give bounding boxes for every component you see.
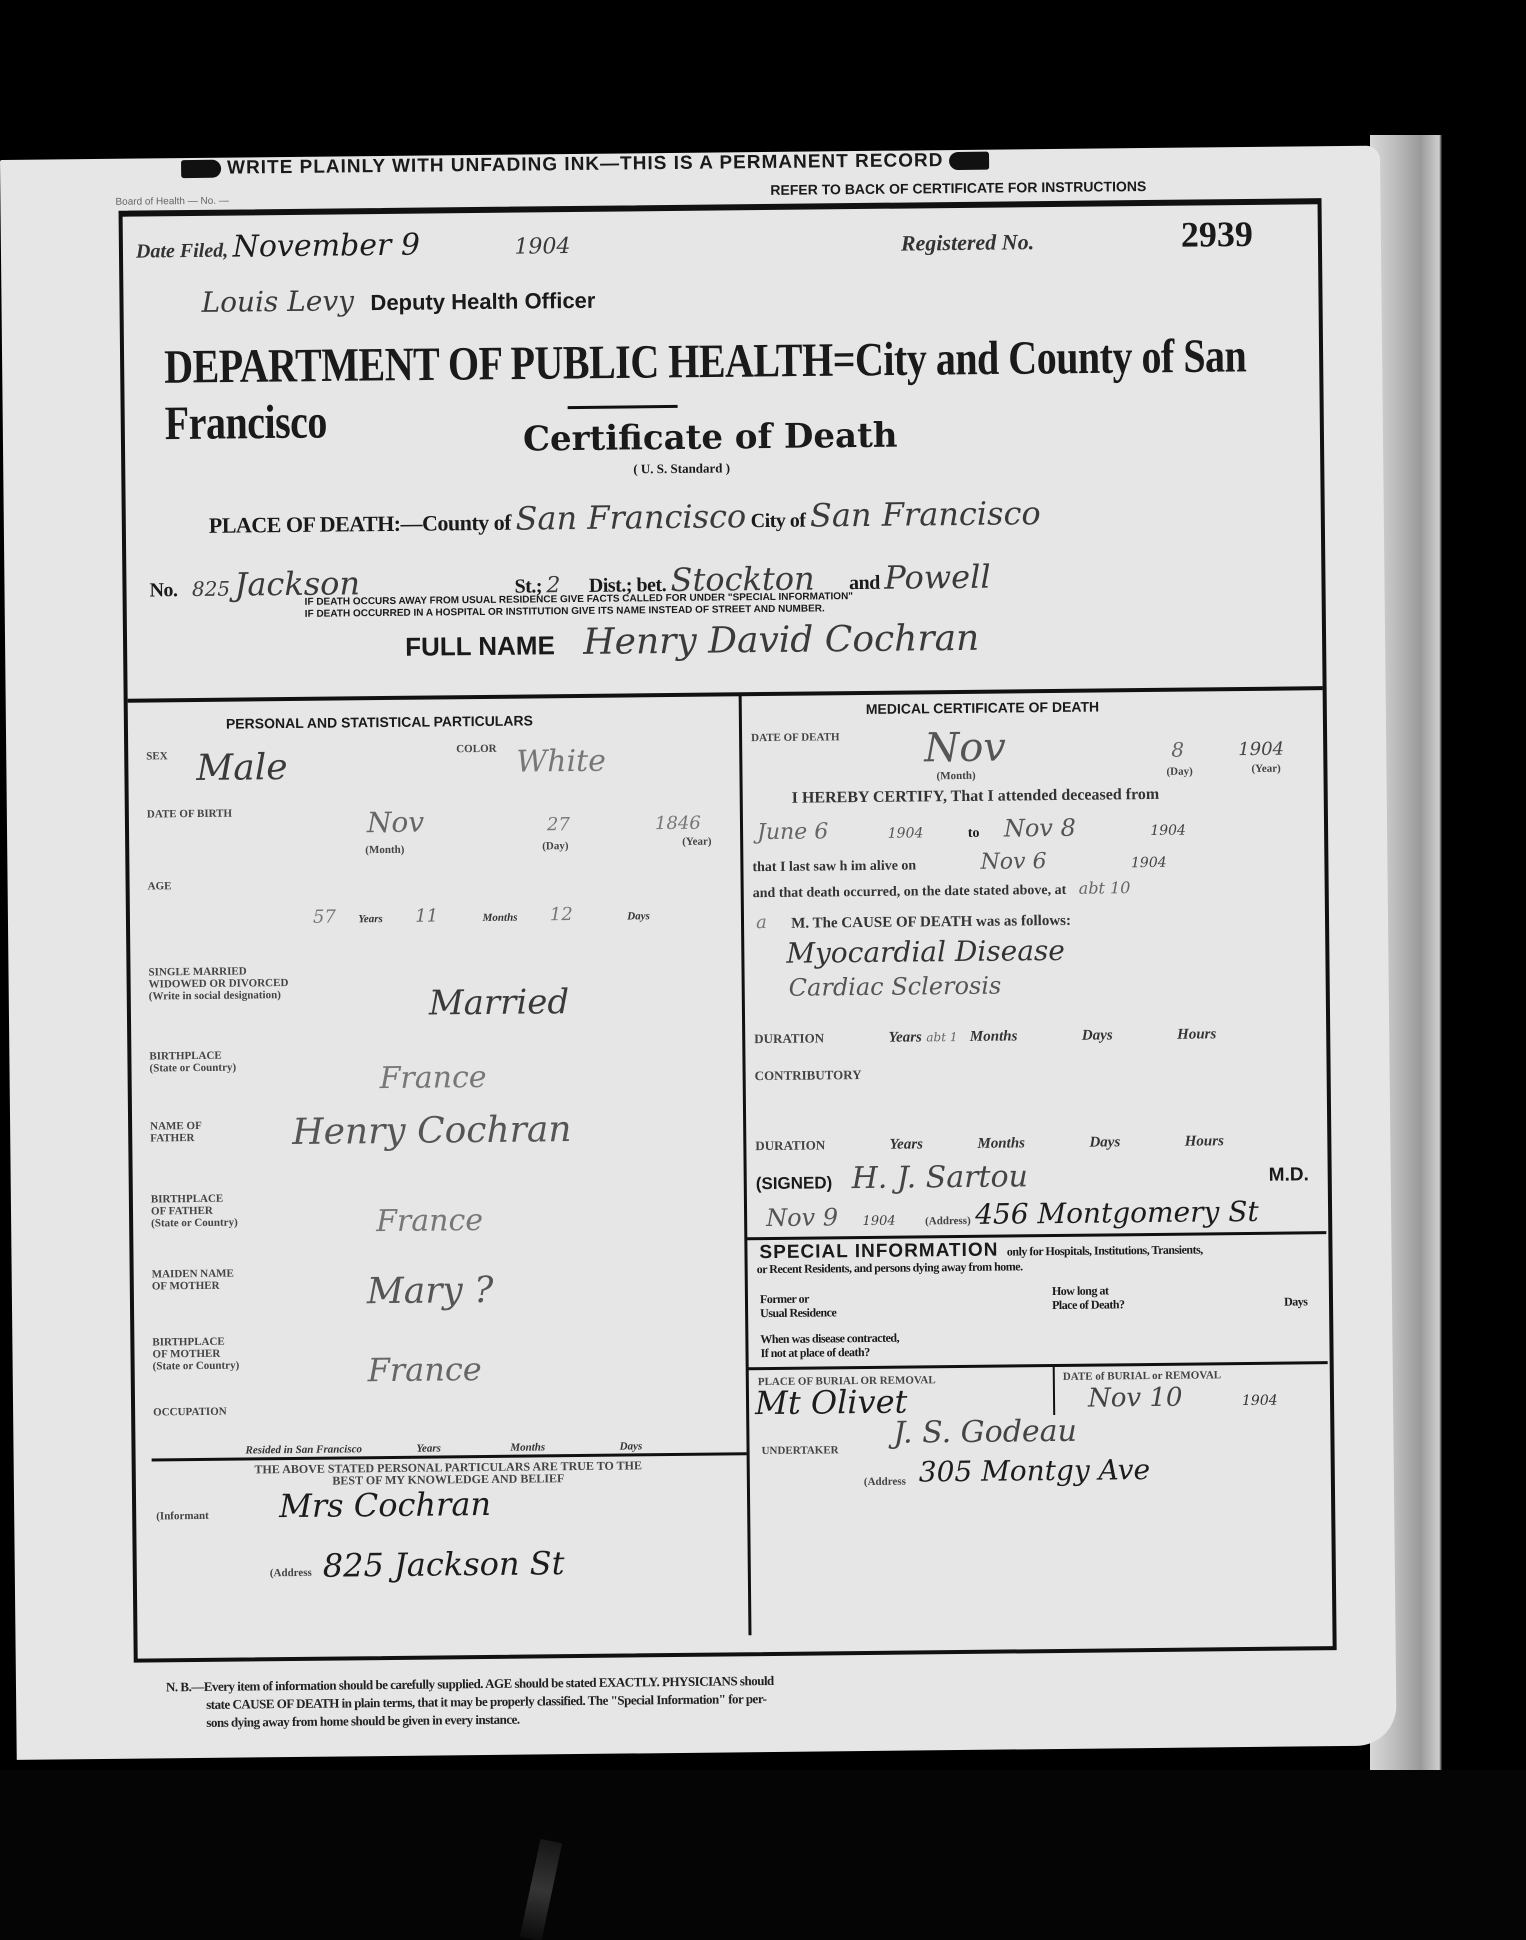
duration-years: abt 1 xyxy=(926,1030,957,1044)
pointing-hand-icon xyxy=(949,152,989,170)
death-time: abt 10 xyxy=(1079,878,1131,898)
pointing-hand-icon xyxy=(181,160,221,178)
certify-text: I HEREBY CERTIFY, That I attended deceas… xyxy=(792,786,1160,808)
full-name-value: Henry David Cochran xyxy=(583,618,979,663)
how-long-label: How long at Place of Death? xyxy=(1052,1283,1125,1312)
contributory-label: CONTRIBUTORY xyxy=(755,1069,862,1082)
dod-month: Nov xyxy=(924,724,1006,771)
between-street-2: Powell xyxy=(884,558,991,597)
dob-month: Nov xyxy=(367,806,425,840)
medical-heading: MEDICAL CERTIFICATE OF DEATH xyxy=(866,699,1099,717)
age-row: 57 Years 11 Months 12 Days xyxy=(313,903,650,928)
physician-address: 456 Montgomery St xyxy=(975,1195,1259,1231)
refer-instructions: REFER TO BACK OF CERTIFICATE FOR INSTRUC… xyxy=(770,178,1146,198)
color-value: White xyxy=(516,744,606,780)
former-residence-label: Former or Usual Residence xyxy=(760,1291,836,1320)
board-imprint: Board of Health — No. — xyxy=(115,196,228,208)
last-saw-row: that I last saw h im alive on Nov 6 1904 xyxy=(752,848,1166,877)
father-name: Henry Cochran xyxy=(292,1109,572,1153)
informant-address: 825 Jackson St xyxy=(323,1544,565,1585)
death-certificate-page: WRITE PLAINLY WITH UNFADING INK—THIS IS … xyxy=(0,146,1397,1760)
cause-of-death-1: Myocardial Disease xyxy=(786,934,1065,970)
full-name-row: FULL NAME Henry David Cochran xyxy=(405,618,980,665)
attended-from: June 6 xyxy=(757,819,828,845)
physician-signature: H. J. Sartou xyxy=(851,1159,1028,1196)
registered-label: Registered No. xyxy=(901,229,1034,256)
dod-year: 1904 xyxy=(1238,739,1284,760)
certificate-title: Certificate of Death xyxy=(523,416,898,460)
certificate-subtitle: ( U. S. Standard ) xyxy=(633,460,730,477)
burial-place: Mt Olivet xyxy=(755,1383,908,1423)
marital-value: Married xyxy=(429,982,570,1023)
cause-row: a M. The CAUSE OF DEATH was as follows: xyxy=(756,909,1071,933)
last-saw-date: Nov 6 xyxy=(980,849,1046,875)
officer-signature: Louis Levy xyxy=(201,284,354,319)
marital-label: SINGLE MARRIED WIDOWED OR DIVORCED (Writ… xyxy=(148,965,288,1002)
md-label: M.D. xyxy=(1269,1164,1309,1186)
dod-day: 8 xyxy=(1171,738,1184,762)
signed-row: (SIGNED) H. J. Sartou xyxy=(756,1159,1029,1197)
age-months: 11 xyxy=(415,905,438,926)
ink-banner: WRITE PLAINLY WITH UNFADING INK—THIS IS … xyxy=(175,150,996,181)
footnote: N. B.—Every item of information should b… xyxy=(166,1672,774,1732)
cause-of-death-2: Cardiac Sclerosis xyxy=(789,972,1002,1002)
county-value: San Francisco xyxy=(515,497,746,537)
undertaker-address: 305 Montgy Ave xyxy=(919,1453,1151,1488)
burial-date: Nov 10 xyxy=(1088,1383,1183,1414)
sex-value: Male xyxy=(196,747,288,789)
father-birthplace: France xyxy=(376,1203,483,1239)
officer-title: Deputy Health Officer xyxy=(370,288,595,315)
meridiem: a xyxy=(756,912,767,933)
signed-date: Nov 9 xyxy=(766,1203,838,1232)
registered-number: 2939 xyxy=(1181,213,1253,256)
full-name-label: FULL NAME xyxy=(405,630,555,662)
birthplace-value: France xyxy=(379,1060,486,1096)
attended-row: June 6 1904 to Nov 8 1904 xyxy=(757,813,1186,845)
date-filed-value: November 9 xyxy=(232,228,420,265)
street-number: 825 xyxy=(192,577,230,601)
city-value: San Francisco xyxy=(810,494,1041,534)
mother-name: Mary ? xyxy=(367,1270,494,1312)
attended-to: Nov 8 xyxy=(1004,814,1076,843)
mother-birthplace: France xyxy=(367,1350,481,1389)
informant-name: Mrs Cochran xyxy=(279,1485,491,1525)
date-filed-year: 1904 xyxy=(514,234,570,260)
date-filed: Date Filed, November 9 1904 xyxy=(136,226,571,266)
banner-text: WRITE PLAINLY WITH UNFADING INK—THIS IS … xyxy=(227,150,944,179)
contracted-label: When was disease contracted, If not at p… xyxy=(760,1331,899,1360)
officer-line: Louis Levy Deputy Health Officer xyxy=(201,282,595,319)
death-time-row: and that death occurred, on the date sta… xyxy=(753,878,1131,902)
burial-date-row: Nov 10 1904 xyxy=(1088,1382,1278,1414)
personal-heading: PERSONAL AND STATISTICAL PARTICULARS xyxy=(226,712,533,731)
age-days: 12 xyxy=(550,904,573,925)
dob-year: 1846 xyxy=(655,813,701,834)
signed-date-row: Nov 9 1904 (Address) 456 Montgomery St xyxy=(766,1195,1259,1233)
age-years: 57 xyxy=(313,907,336,928)
dob-day: 27 xyxy=(547,814,570,835)
undertaker-name: J. S. Godeau xyxy=(893,1414,1077,1451)
background-dark xyxy=(0,1770,1526,1940)
